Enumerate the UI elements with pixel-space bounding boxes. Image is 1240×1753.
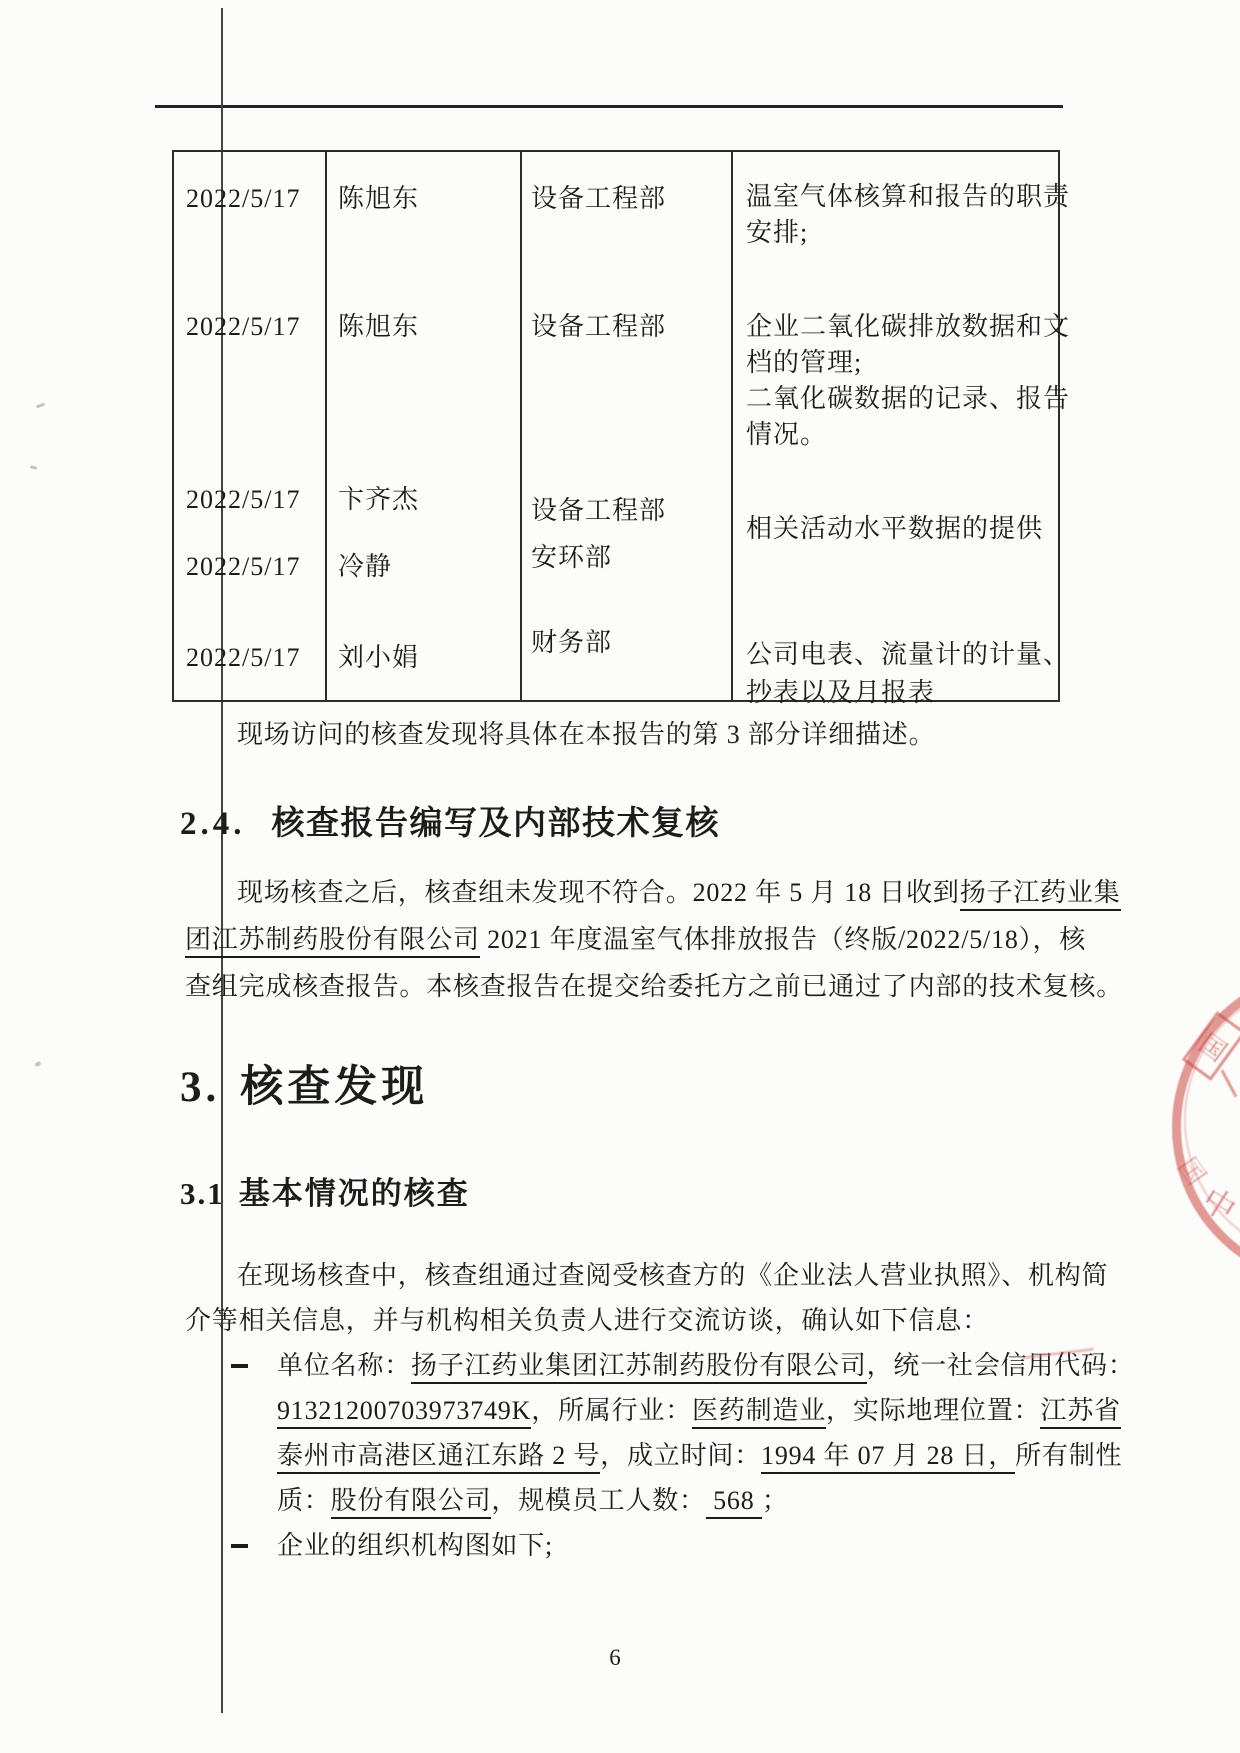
table-cell-responsibility: 情况。 <box>746 420 827 450</box>
table-column-divider <box>325 152 327 700</box>
table-cell-name: 冷静 <box>338 552 392 582</box>
table-cell-department: 设备工程部 <box>531 496 666 526</box>
stamp-character-faint: 国 <box>1170 1149 1215 1192</box>
section-title: 基本情况的核查 <box>239 1176 470 1211</box>
table-cell-department: 财务部 <box>531 628 612 658</box>
text-line: 查组完成核查报告。本核查报告在提交给委托方之前已通过了内部的技术复核。 <box>185 971 1123 1003</box>
scan-speck <box>34 1061 41 1067</box>
section-heading-3-1: 3.1基本情况的核查 <box>180 1168 470 1213</box>
table-cell-responsibility: 二氧化碳数据的记录、报告 <box>746 384 1070 414</box>
text-line: 介等相关信息，并与机构相关负责人进行交流访谈，确认如下信息： <box>185 1305 989 1337</box>
table-cell-responsibility: 温室气体核算和报告的职责 <box>746 182 1070 212</box>
text-line: 现场访问的核查发现将具体在本报告的第 3 部分详细描述。 <box>237 719 935 751</box>
table-cell-department: 设备工程部 <box>531 312 666 342</box>
table-cell-name: 陈旭东 <box>338 312 419 342</box>
text-line: 团江苏制药股份有限公司 2021 年度温室气体排放报告（终版/2022/5/18… <box>185 924 1086 956</box>
table-cell-responsibility: 档的管理; <box>746 348 862 378</box>
section-heading-2-4: 2.4.核查报告编写及内部技术复核 <box>180 797 720 844</box>
table-cell-name: 卞齐杰 <box>338 485 419 515</box>
page-number: 6 <box>585 1645 645 1671</box>
text-line: 质：股份有限公司，规模员工人数： 568 ； <box>277 1485 789 1517</box>
table-cell-date: 2022/5/17 <box>186 485 300 515</box>
table-cell-date: 2022/5/17 <box>186 643 300 673</box>
text-line: 泰州市高港区通江东路 2 号，成立时间：1994 年 07 月 28 日，所有制… <box>277 1440 1122 1472</box>
stamp-character: 中 <box>1194 1175 1240 1231</box>
table-cell-responsibility: 抄表以及月报表 <box>746 678 935 708</box>
table-cell-name: 陈旭东 <box>338 184 419 214</box>
text-line: 在现场核查中，核查组通过查阅受核查方的《企业法人营业执照》、机构简 <box>237 1260 1108 1292</box>
bullet-dash <box>231 1364 248 1368</box>
table-cell-department: 设备工程部 <box>531 184 666 214</box>
table-cell-responsibility: 相关活动水平数据的提供 <box>746 514 1043 544</box>
table-cell-date: 2022/5/17 <box>186 184 300 214</box>
stamp-ring <box>1172 968 1240 1286</box>
stamp-inner-ring <box>1184 980 1240 1260</box>
section-number: 2.4. <box>180 806 246 842</box>
text-line: 单位名称：扬子江药业集团江苏制药股份有限公司，统一社会信用代码： <box>277 1350 1135 1382</box>
text-line: 91321200703973749K，所属行业：医药制造业，实际地理位置：江苏省 <box>277 1395 1121 1427</box>
stamp-stroke <box>1221 1070 1238 1098</box>
section-heading-3: 3.核查发现 <box>180 1053 428 1114</box>
table-cell-responsibility: 安排; <box>746 218 808 248</box>
section-number: 3. <box>180 1064 220 1111</box>
scan-speck <box>30 465 37 469</box>
text-line: 现场核查之后，核查组未发现不符合。2022 年 5 月 18 日收到扬子江药业集 <box>237 877 1121 909</box>
table-cell-responsibility: 企业二氧化碳排放数据和文 <box>746 312 1070 342</box>
document-page: 2022/5/17陈旭东设备工程部温室气体核算和报告的职责安排;2022/5/1… <box>0 0 1240 1753</box>
interview-table: 2022/5/17陈旭东设备工程部温室气体核算和报告的职责安排;2022/5/1… <box>172 150 1060 702</box>
table-cell-name: 刘小娟 <box>338 643 419 673</box>
table-cell-date: 2022/5/17 <box>186 552 300 582</box>
section-number: 3.1 <box>180 1176 225 1211</box>
table-column-divider <box>520 152 522 700</box>
table-cell-responsibility: 公司电表、流量计的计量、 <box>746 640 1070 670</box>
table-cell-date: 2022/5/17 <box>186 312 300 342</box>
table-column-divider <box>731 152 733 700</box>
scan-speck <box>36 403 45 409</box>
table-cell-department: 安环部 <box>531 543 612 573</box>
stamp-boxed-character: 国 <box>1182 1011 1240 1081</box>
header-rule <box>155 105 1063 108</box>
section-title: 核查发现 <box>240 1064 428 1111</box>
bullet-dash <box>231 1544 248 1548</box>
text-line: 企业的组织机构图如下; <box>277 1530 553 1562</box>
section-title: 核查报告编写及内部技术复核 <box>272 806 721 842</box>
